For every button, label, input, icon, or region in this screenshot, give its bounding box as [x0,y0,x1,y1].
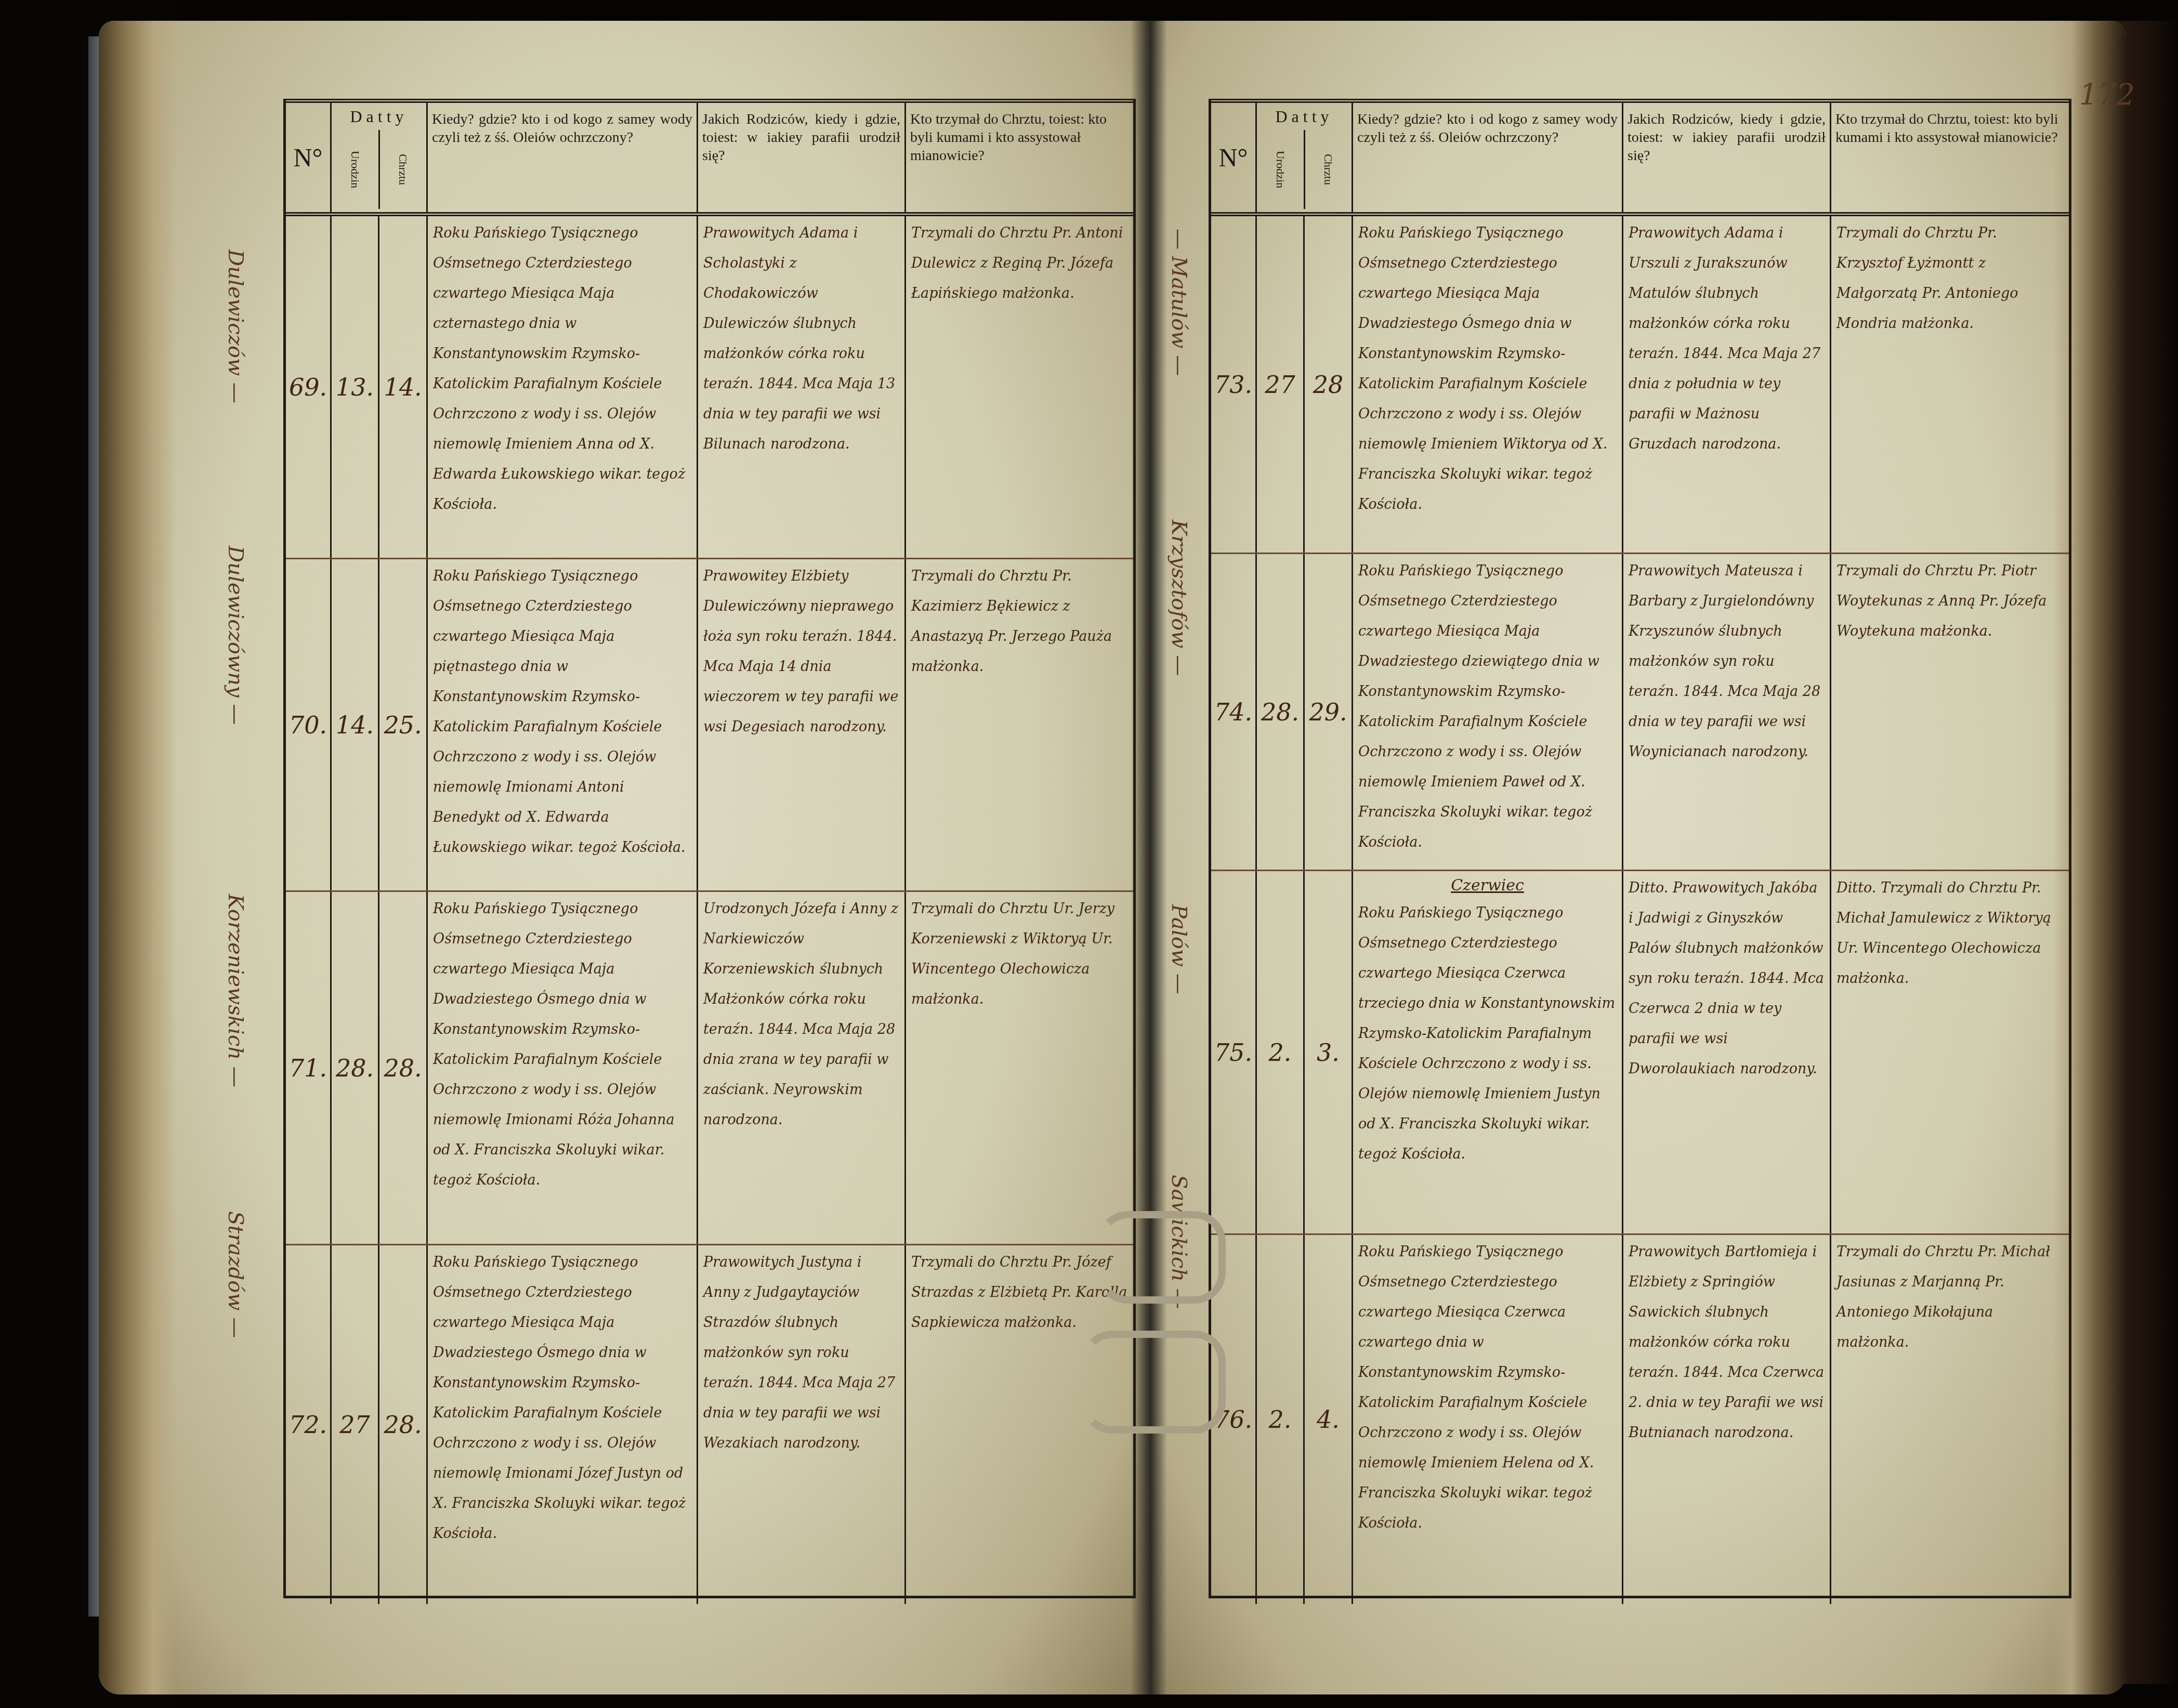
entry-baptism-date: 28. [379,892,428,1244]
register-table-right: N° Datty Urodzin Chrztu Kiedy? gdzie? kt… [1209,99,2071,1598]
register-entry: 70. 14. 25. Roku Pańskiego Tysiącznego O… [286,559,1133,892]
entry-parents: Prawowitych Adama i Urszuli z Jurakszunó… [1623,216,1831,553]
entry-birth-date: 2. [1257,871,1305,1233]
margin-note-surname: Palów — [1167,904,1191,994]
header-number: N° [286,103,332,212]
header-godparents: Kto trzymał do Chrztu, toiest: kto byli … [906,103,1133,212]
entry-baptism-date: 28. [379,1245,428,1604]
register-rows: 69. 13. 14. Roku Pańskiego Tysiącznego O… [286,216,1133,1604]
header-birth: Urodzin [332,130,380,209]
table-header: N° Datty Urodzin Chrztu Kiedy? gdzie? kt… [1211,99,2069,216]
entry-baptism-date: 28 [1305,216,1353,553]
entry-when-where: Roku Pańskiego Tysiącznego Ośmsetnego Cz… [428,892,698,1244]
register-entry: 76. 2. 4. Roku Pańskiego Tysiącznego Ośm… [1211,1235,2069,1604]
binding-string [1097,1211,1226,1304]
header-baptism: Chrztu [1305,130,1352,209]
margin-note-surname: Dulewiczówny — [224,546,247,725]
header-dates-title: Datty [1257,106,1352,130]
entry-godparents: Ditto. Trzymali do Chrztu Pr. Michał Jam… [1831,871,2069,1233]
register-entry: 74. 28. 29. Roku Pańskiego Tysiącznego O… [1211,554,2069,871]
entry-parents: Prawowitych Justyna i Anny z Judgaytayci… [698,1245,906,1604]
entry-number: 75. [1211,871,1257,1233]
register-entry: 73. 27 28 Roku Pańskiego Tysiącznego Ośm… [1211,216,2069,554]
entry-parents: Ditto. Prawowitych Jakóba i Jadwigi z Gi… [1623,871,1831,1233]
binding-string [1081,1331,1226,1434]
register-entry: 71. 28. 28. Roku Pańskiego Tysiącznego O… [286,892,1133,1245]
entry-when-where: Czerwiec Roku Pańskiego Tysiącznego Ośms… [1353,871,1623,1233]
entry-when-where: Roku Pańskiego Tysiącznego Ośmsetnego Cz… [1353,216,1623,553]
entry-parents: Prawowitey Elżbiety Dulewiczówny niepraw… [698,559,906,890]
entry-godparents: Trzymali do Chrztu Pr. Kazimierz Bękiewi… [906,559,1133,890]
entry-godparents: Trzymali do Chrztu Pr. Antoni Dulewicz z… [906,216,1133,558]
entry-when-where: Roku Pańskiego Tysiącznego Ośmsetnego Cz… [1353,1235,1623,1604]
entry-number: 72. [286,1245,332,1604]
entry-birth-date: 2. [1257,1235,1305,1604]
entry-godparents: Trzymali do Chrztu Ur. Jerzy Korzeniewsk… [906,892,1133,1244]
entry-when-where: Roku Pańskiego Tysiącznego Ośmsetnego Cz… [428,559,698,890]
page-edge-left [99,21,177,1694]
entry-number: 69. [286,216,332,558]
register-entry: 69. 13. 14. Roku Pańskiego Tysiącznego O… [286,216,1133,559]
entry-birth-date: 28. [332,892,379,1244]
header-parents: Jakich Rodziców, kiedy i gdzie, toiest: … [1623,103,1831,212]
entry-baptism-date: 29. [1305,554,1353,870]
entry-number: 70. [286,559,332,890]
book-gutter [1131,21,1167,1694]
entry-godparents: Trzymali do Chrztu Pr. Krzysztof Łyżmont… [1831,216,2069,553]
margin-note-surname: Krzysztofów — [1167,520,1191,676]
margin-note-surname: Korzeniewskich — [224,894,247,1087]
entry-birth-date: 28. [1257,554,1305,870]
entry-when-where-text: Roku Pańskiego Tysiącznego Ośmsetnego Cz… [1358,905,1615,1162]
header-when-where: Kiedy? gdzie? kto i od kogo z samey wody… [1353,103,1623,212]
header-dates: Datty Urodzin Chrztu [1257,103,1353,212]
entry-number: 74. [1211,554,1257,870]
header-baptism: Chrztu [380,130,427,209]
table-header: N° Datty Urodzin Chrztu Kiedy? gdzie? kt… [286,99,1133,216]
entry-baptism-date: 14. [379,216,428,558]
entry-godparents: Trzymali do Chrztu Pr. Piotr Woytekunas … [1831,554,2069,870]
entry-number: 71. [286,892,332,1244]
header-number: N° [1211,103,1257,212]
header-godparents: Kto trzymał do Chrztu, toiest: kto byli … [1831,103,2069,212]
header-when-where: Kiedy? gdzie? kto i od kogo z samey wody… [428,103,698,212]
register-rows: 73. 27 28 Roku Pańskiego Tysiącznego Ośm… [1211,216,2069,1604]
entry-parents: Prawowitych Bartłomieja i Elżbiety z Spr… [1623,1235,1831,1604]
register-entry: 72. 27 28. Roku Pańskiego Tysiącznego Oś… [286,1245,1133,1604]
entry-baptism-date: 3. [1305,871,1353,1233]
entry-godparents: Trzymali do Chrztu Pr. Michał Jasiunas z… [1831,1235,2069,1604]
entry-birth-date: 13. [332,216,379,558]
margin-note-surname: Strazdów — [224,1211,247,1338]
entry-parents: Prawowitych Adama i Scholastyki z Chodak… [698,216,906,558]
entry-birth-date: 27 [1257,216,1305,553]
entry-parents: Urodzonych Józefa i Anny z Narkiewiczów … [698,892,906,1244]
page-number: 172 [2079,78,2135,112]
entry-parents: Prawowitych Mateusza i Barbary z Jurgiel… [1623,554,1831,870]
entry-when-where: Roku Pańskiego Tysiącznego Ośmsetnego Cz… [1353,554,1623,870]
entry-baptism-date: 4. [1305,1235,1353,1604]
month-heading: Czerwiec [1358,873,1617,898]
register-table-left: N° Datty Urodzin Chrztu Kiedy? gdzie? kt… [283,99,1136,1598]
header-dates: Datty Urodzin Chrztu [332,103,428,212]
entry-birth-date: 14. [332,559,379,890]
margin-note-surname: Dulewiczów — [224,249,247,403]
header-dates-title: Datty [332,106,426,130]
margin-note-surname: — Matulów — [1167,229,1191,376]
entry-when-where: Roku Pańskiego Tysiącznego Ośmsetnego Cz… [428,1245,698,1604]
entry-number: 73. [1211,216,1257,553]
entry-when-where: Roku Pańskiego Tysiącznego Ośmsetnego Cz… [428,216,698,558]
entry-birth-date: 27 [332,1245,379,1604]
entry-baptism-date: 25. [379,559,428,890]
header-birth: Urodzin [1257,130,1305,209]
header-parents: Jakich Rodziców, kiedy i gdzie, toiest: … [698,103,906,212]
register-entry: 75. 2. 3. Czerwiec Roku Pańskiego Tysiąc… [1211,871,2069,1235]
